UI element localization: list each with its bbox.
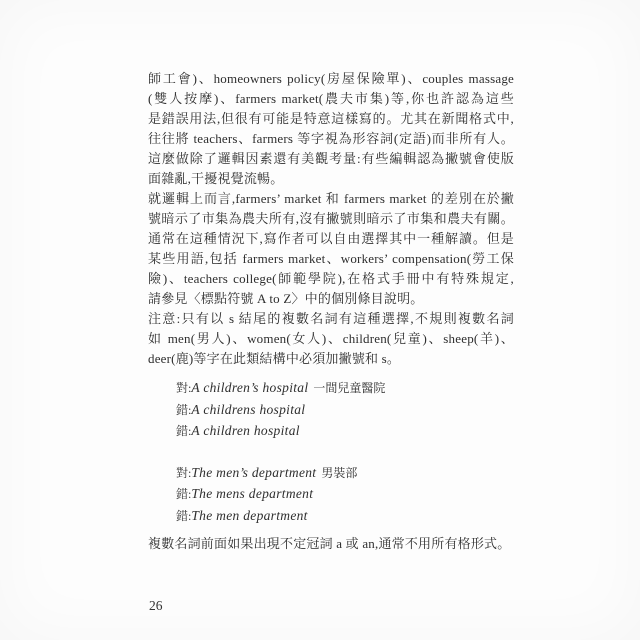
example-chinese-gloss: 一間兒童醫院 bbox=[313, 381, 385, 395]
example-verdict-label: 錯: bbox=[176, 403, 191, 417]
example-row: 對:The men’s department男裝部 bbox=[176, 462, 514, 484]
text-line: 通常在這種情況下,寫作者可以自由選擇其中一種解讀。但是 bbox=[148, 229, 514, 249]
text-line: deer(鹿)等字在此類結構中必須加撇號和 s。 bbox=[148, 349, 514, 369]
text-line: 某些用語,包括 farmers market、workers’ compensa… bbox=[148, 249, 514, 269]
text-line: 就邏輯上而言,farmers’ market 和 farmers market … bbox=[148, 189, 514, 209]
text-line: 請參見〈標點符號 A to Z〉中的個別條目說明。 bbox=[148, 289, 514, 309]
example-chinese-gloss: 男裝部 bbox=[321, 466, 357, 480]
text-line: 注意:只有以 s 結尾的複數名詞有這種選擇,不規則複數名詞 bbox=[148, 309, 514, 329]
example-verdict-label: 對: bbox=[176, 466, 191, 480]
text-line: 師工會)、homeowners policy(房屋保險單)、couples ma… bbox=[148, 69, 514, 89]
example-english-text: The men department bbox=[191, 508, 307, 523]
text-line: (雙人按摩)、farmers market(農夫市集)等,你也許認為這些 bbox=[148, 89, 514, 109]
text-line: 面雜亂,干擾視覺流暢。 bbox=[148, 169, 514, 189]
example-row: 錯:A children hospital bbox=[176, 420, 514, 442]
example-english-text: A childrens hospital bbox=[191, 402, 305, 417]
example-verdict-label: 對: bbox=[176, 381, 191, 395]
page-text-block: 師工會)、homeowners policy(房屋保險單)、couples ma… bbox=[148, 69, 514, 554]
paragraph-2: 就邏輯上而言,farmers’ market 和 farmers market … bbox=[148, 189, 514, 309]
paragraph-3-note: 注意:只有以 s 結尾的複數名詞有這種選擇,不規則複數名詞 如 men(男人)、… bbox=[148, 309, 514, 369]
text-line: 險)、teachers college(師範學院),在格式手冊中有特殊規定, bbox=[148, 269, 514, 289]
paragraph-1: 師工會)、homeowners policy(房屋保險單)、couples ma… bbox=[148, 69, 514, 189]
example-row: 錯:A childrens hospital bbox=[176, 399, 514, 421]
example-row: 對:A children’s hospital一間兒童醫院 bbox=[176, 377, 514, 399]
example-english-text: A children hospital bbox=[191, 423, 299, 438]
text-line: 往往將 teachers、farmers 等字視為形容詞(定語)而非所有人。 bbox=[148, 129, 514, 149]
paragraph-4: 複數名詞前面如果出現不定冠詞 a 或 an,通常不用所有格形式。 bbox=[148, 534, 514, 554]
text-line: 號暗示了市集為農夫所有,沒有撇號則暗示了市集和農夫有關。 bbox=[148, 209, 514, 229]
example-verdict-label: 錯: bbox=[176, 509, 191, 523]
example-english-text: The men’s department bbox=[191, 465, 316, 480]
text-line: 這麼做除了邏輯因素還有美觀考量:有些編輯認為撇號會使版 bbox=[148, 149, 514, 169]
example-block-2: 對:The men’s department男裝部 錯:The mens dep… bbox=[176, 462, 514, 527]
example-english-text: The mens department bbox=[191, 486, 313, 501]
example-block-1: 對:A children’s hospital一間兒童醫院 錯:A childr… bbox=[176, 377, 514, 442]
example-english-text: A children’s hospital bbox=[191, 380, 308, 395]
text-line: 是錯誤用法,但很有可能是特意這樣寫的。尤其在新聞格式中, bbox=[148, 109, 514, 129]
text-line: 如 men(男人)、women(女人)、children(兒童)、sheep(羊… bbox=[148, 329, 514, 349]
example-verdict-label: 錯: bbox=[176, 487, 191, 501]
text-line: 複數名詞前面如果出現不定冠詞 a 或 an,通常不用所有格形式。 bbox=[148, 534, 514, 554]
example-row: 錯:The men department bbox=[176, 505, 514, 527]
page-number: 26 bbox=[149, 598, 163, 614]
book-page: 師工會)、homeowners policy(房屋保險單)、couples ma… bbox=[0, 0, 640, 640]
example-row: 錯:The mens department bbox=[176, 483, 514, 505]
example-verdict-label: 錯: bbox=[176, 424, 191, 438]
